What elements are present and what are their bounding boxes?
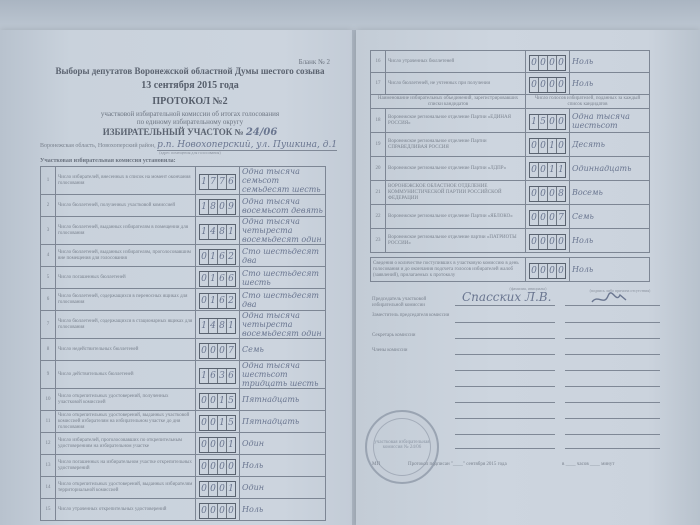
digit: 6 bbox=[227, 175, 235, 189]
row-label: Число погашенных бюллетеней bbox=[56, 267, 196, 289]
row-number: 21 bbox=[371, 181, 386, 205]
digit: 0 bbox=[200, 394, 209, 408]
digit: 1 bbox=[557, 163, 565, 177]
digit: 0 bbox=[218, 438, 227, 452]
commission-stamp: участковая избирательная комиссия № 24/0… bbox=[365, 410, 439, 484]
table-row: 6Число бюллетеней, содержащихся в перено… bbox=[41, 289, 326, 311]
row-label: Число утраченных бюллетеней bbox=[386, 51, 526, 73]
digit: 0 bbox=[557, 115, 565, 129]
stamp-text: участковая избирательная комиссия № 24/0… bbox=[367, 440, 437, 450]
table-row: 7Число бюллетеней, содержащихся в стацио… bbox=[41, 311, 326, 339]
complaints-words: Ноль bbox=[570, 258, 650, 282]
row-label: ВОРОНЕЖСКОЕ ОБЛАСТНОЕ ОТДЕЛЕНИЕ КОММУНИС… bbox=[386, 181, 526, 205]
digit: 2 bbox=[227, 250, 235, 264]
protocol-subtitle-1: участковой избирательной комиссии об ито… bbox=[40, 110, 340, 118]
digit: 0 bbox=[209, 416, 218, 430]
signature-line bbox=[565, 354, 660, 355]
digit: 1 bbox=[530, 115, 539, 129]
digit: 0 bbox=[200, 272, 209, 286]
signature-line bbox=[565, 370, 660, 371]
signature-line bbox=[565, 322, 660, 323]
row-number: 6 bbox=[41, 289, 56, 311]
precinct-label: ИЗБИРАТЕЛЬНЫЙ УЧАСТОК № bbox=[103, 127, 244, 137]
party-header-col1: Наименование избирательных объединений, … bbox=[371, 95, 526, 109]
digit-box: 0007 bbox=[199, 343, 236, 359]
row-words: Пятнадцать bbox=[240, 389, 326, 411]
table-row: 1Число избирателей, внесенных в список н… bbox=[41, 167, 326, 195]
table-row: 10Число открепительных удостоверений, по… bbox=[41, 389, 326, 411]
row-label: Число недействительных бюллетеней bbox=[56, 339, 196, 361]
table-row: 3Число бюллетеней, выданных избирателям … bbox=[41, 217, 326, 245]
table-row: 9Число действительных бюллетеней1636Одна… bbox=[41, 361, 326, 389]
signature-line bbox=[455, 305, 555, 306]
digit-box: 0162 bbox=[199, 293, 236, 309]
digit: 0 bbox=[530, 187, 539, 201]
digit: 0 bbox=[530, 235, 539, 249]
row-words: Семь bbox=[570, 205, 650, 229]
digit: 0 bbox=[200, 482, 209, 496]
row-words: Один bbox=[240, 477, 326, 499]
digit: 0 bbox=[539, 235, 548, 249]
row-number: 10 bbox=[41, 389, 56, 411]
digit: 8 bbox=[218, 319, 227, 333]
signature-line bbox=[455, 338, 555, 339]
row-label: Число избирателей, проголосовавших по от… bbox=[56, 433, 196, 455]
row-words: Одна тысяча семьсот семьдесят шесть bbox=[240, 167, 326, 195]
row-number: 11 bbox=[41, 411, 56, 433]
digit-box: 1500 bbox=[529, 114, 566, 130]
digit: 0 bbox=[530, 264, 539, 278]
digit-box: 0166 bbox=[199, 271, 236, 287]
digit: 5 bbox=[227, 394, 235, 408]
digit: 0 bbox=[209, 504, 218, 518]
signature-line bbox=[565, 338, 660, 339]
digit: 1 bbox=[548, 163, 557, 177]
digit: 0 bbox=[557, 56, 565, 70]
digit: 1 bbox=[209, 294, 218, 308]
digit-box: 0000 bbox=[529, 77, 566, 93]
digit-box: 0000 bbox=[529, 263, 566, 279]
digit: 0 bbox=[218, 460, 227, 474]
table-row: 21ВОРОНЕЖСКОЕ ОБЛАСТНОЕ ОТДЕЛЕНИЕ КОММУН… bbox=[371, 181, 650, 205]
signature-line bbox=[455, 370, 555, 371]
address-line: Воронежская область, Новохоперский район… bbox=[40, 140, 340, 150]
table-row: 19Воронежское региональное отделение Пар… bbox=[371, 133, 650, 157]
election-title: Выборы депутатов Воронежской областной Д… bbox=[40, 66, 340, 76]
table-row: 14Число открепительных удостоверений, вы… bbox=[41, 477, 326, 499]
row-words: Ноль bbox=[240, 455, 326, 477]
digit-box: 0000 bbox=[529, 55, 566, 71]
digit: 0 bbox=[557, 78, 565, 92]
table-row: 16Число утраченных бюллетеней0000Ноль bbox=[371, 51, 650, 73]
digit: 0 bbox=[209, 344, 218, 358]
row-number: 20 bbox=[371, 157, 386, 181]
row-words: Сто шестьдесят шесть bbox=[240, 267, 326, 289]
digit: 0 bbox=[557, 264, 565, 278]
digit: 6 bbox=[227, 369, 235, 383]
digit: 0 bbox=[548, 211, 557, 225]
digit: 1 bbox=[227, 319, 235, 333]
digit: 0 bbox=[548, 187, 557, 201]
digit-box: 0011 bbox=[529, 162, 566, 178]
row-label: Число бюллетеней, выданных избирателям, … bbox=[56, 245, 196, 267]
digit-box: 1481 bbox=[199, 224, 236, 240]
digit: 0 bbox=[218, 344, 227, 358]
digit: 0 bbox=[557, 139, 565, 153]
table-row: 22Воронежское региональное отделение Пар… bbox=[371, 205, 650, 229]
row-label: Число бюллетеней, не учтенных при получе… bbox=[386, 73, 526, 95]
row-label: Число бюллетеней, содержащихся в перенос… bbox=[56, 289, 196, 311]
row-label: Воронежское региональное отделение Парти… bbox=[386, 133, 526, 157]
digit: 8 bbox=[557, 187, 565, 201]
table-row: 18Воронежское региональное отделение Пар… bbox=[371, 109, 650, 133]
digit: 0 bbox=[530, 211, 539, 225]
deputy-name: Спасских Л.В. bbox=[462, 290, 551, 304]
row-label: Число действительных бюллетеней bbox=[56, 361, 196, 389]
digit: 0 bbox=[530, 163, 539, 177]
row-words: Ноль bbox=[570, 51, 650, 73]
address-prefix: Воронежская область, Новохоперский район… bbox=[40, 143, 156, 149]
row-number: 8 bbox=[41, 339, 56, 361]
signed-date: Протокол подписан "____" сентября 2015 г… bbox=[408, 462, 507, 467]
complaints-row: Сведения о количестве поступивших в учас… bbox=[371, 258, 650, 282]
digit-box: 0162 bbox=[199, 249, 236, 265]
signature-line bbox=[455, 448, 555, 449]
digit: 0 bbox=[209, 438, 218, 452]
digit: 9 bbox=[227, 200, 235, 214]
digit-box: 1776 bbox=[199, 174, 236, 190]
digit: 4 bbox=[209, 319, 218, 333]
digit: 0 bbox=[539, 139, 548, 153]
row-label: Число утраченных открепительных удостове… bbox=[56, 499, 196, 521]
signature-line bbox=[565, 434, 660, 435]
digit-box: 0000 bbox=[199, 503, 236, 519]
row-label: Число бюллетеней, полученных участковой … bbox=[56, 195, 196, 217]
row-words: Сто шестьдесят два bbox=[240, 245, 326, 267]
party-header-col2: Число голосов избирателей, поданных за к… bbox=[526, 95, 650, 109]
row-words: Ноль bbox=[570, 73, 650, 95]
row-label: Число погашенных на избирательном участк… bbox=[56, 455, 196, 477]
row-label: Воронежское региональное отделение Парти… bbox=[386, 109, 526, 133]
digit-box: 0001 bbox=[199, 481, 236, 497]
digit: 0 bbox=[200, 460, 209, 474]
row-label: Число открепительных удостоверений, полу… bbox=[56, 389, 196, 411]
table-row: 4Число бюллетеней, выданных избирателям,… bbox=[41, 245, 326, 267]
row-number: 2 bbox=[41, 195, 56, 217]
row-number: 1 bbox=[41, 167, 56, 195]
signature-line bbox=[565, 402, 660, 403]
sig-secretary-label: Секретарь комиссии bbox=[372, 333, 452, 338]
row-number: 16 bbox=[371, 51, 386, 73]
digit: 0 bbox=[539, 78, 548, 92]
table-row: 20Воронежское региональное отделение Пар… bbox=[371, 157, 650, 181]
digit: 0 bbox=[200, 504, 209, 518]
row-label: Число открепительных удостоверений, выда… bbox=[56, 477, 196, 499]
digit: 1 bbox=[200, 200, 209, 214]
row-words: Сто шестьдесят два bbox=[240, 289, 326, 311]
row-number: 23 bbox=[371, 229, 386, 253]
address-caption: (адрес помещения для голосования) bbox=[60, 150, 320, 155]
table-row: 12Число избирателей, проголосовавших по … bbox=[41, 433, 326, 455]
row-label: Число бюллетеней, содержащихся в стацион… bbox=[56, 311, 196, 339]
sig-members-label: Члены комиссии bbox=[372, 348, 452, 353]
signature-line bbox=[565, 386, 660, 387]
digit: 6 bbox=[227, 272, 235, 286]
row-number: 18 bbox=[371, 109, 386, 133]
digit: 6 bbox=[218, 272, 227, 286]
digit-box: 0010 bbox=[529, 138, 566, 154]
digit: 0 bbox=[548, 264, 557, 278]
table-row: 17Число бюллетеней, не учтенных при полу… bbox=[371, 73, 650, 95]
complaints-label: Сведения о количестве поступивших в учас… bbox=[371, 258, 526, 282]
table-row: 23Воронежское региональное отделение пар… bbox=[371, 229, 650, 253]
digit: 1 bbox=[227, 482, 235, 496]
row-label: Число избирателей, внесенных в список на… bbox=[56, 167, 196, 195]
precinct-number: 24/06 bbox=[246, 127, 277, 138]
digit: 7 bbox=[557, 211, 565, 225]
digit: 1 bbox=[200, 225, 209, 239]
row-number: 4 bbox=[41, 245, 56, 267]
row-label: Воронежское региональное отделение парти… bbox=[386, 229, 526, 253]
digit-box: 1809 bbox=[199, 199, 236, 215]
signature-line bbox=[455, 418, 555, 419]
digit-box: 0007 bbox=[529, 210, 566, 226]
row-words: Восемь bbox=[570, 181, 650, 205]
signature-scribble-icon bbox=[590, 292, 630, 306]
row-words: Ноль bbox=[240, 499, 326, 521]
digit: 0 bbox=[209, 460, 218, 474]
digit: 7 bbox=[209, 175, 218, 189]
table-row: 2Число бюллетеней, полученных участковой… bbox=[41, 195, 326, 217]
digit: 0 bbox=[530, 139, 539, 153]
digit: 4 bbox=[209, 225, 218, 239]
row-number: 19 bbox=[371, 133, 386, 157]
signature-line bbox=[455, 434, 555, 435]
precinct-heading: ИЗБИРАТЕЛЬНЫЙ УЧАСТОК № 24/06 bbox=[40, 127, 340, 138]
digit-box: 1636 bbox=[199, 368, 236, 384]
digit-box: 1481 bbox=[199, 318, 236, 334]
digit: 6 bbox=[218, 250, 227, 264]
digit: 7 bbox=[218, 175, 227, 189]
digit: 0 bbox=[209, 394, 218, 408]
digit: 0 bbox=[209, 482, 218, 496]
results-table-left: 1Число избирателей, внесенных в список н… bbox=[40, 166, 326, 521]
signature-line bbox=[455, 322, 555, 323]
signature-line bbox=[455, 402, 555, 403]
digit: 0 bbox=[539, 163, 548, 177]
digit: 1 bbox=[200, 369, 209, 383]
row-words: Одна тысяча четыреста восемьдесят один bbox=[240, 311, 326, 339]
digit: 1 bbox=[227, 438, 235, 452]
mp-label: МП bbox=[372, 462, 380, 467]
row-words: Десять bbox=[570, 133, 650, 157]
digit: 0 bbox=[548, 78, 557, 92]
row-number: 13 bbox=[41, 455, 56, 477]
row-number: 9 bbox=[41, 361, 56, 389]
digit: 1 bbox=[227, 225, 235, 239]
signature-line bbox=[455, 386, 555, 387]
digit: 0 bbox=[539, 211, 548, 225]
digit: 6 bbox=[218, 294, 227, 308]
protocol-subtitle-2: по единому избирательному округу bbox=[40, 118, 340, 126]
digit: 1 bbox=[548, 139, 557, 153]
digit: 1 bbox=[218, 394, 227, 408]
digit: 1 bbox=[200, 319, 209, 333]
digit-box: 0015 bbox=[199, 415, 236, 431]
digit: 0 bbox=[218, 482, 227, 496]
commission-established: Участковая избирательная комиссия устано… bbox=[40, 158, 176, 164]
row-number: 3 bbox=[41, 217, 56, 245]
digit: 0 bbox=[548, 235, 557, 249]
digit: 0 bbox=[218, 200, 227, 214]
row-label: Число открепительных удостоверений, выда… bbox=[56, 411, 196, 433]
row-label: Воронежское региональное отделение Парти… bbox=[386, 205, 526, 229]
signature-line bbox=[565, 448, 660, 449]
digit: 0 bbox=[557, 235, 565, 249]
digit: 1 bbox=[200, 175, 209, 189]
sig-deputy-label: Заместитель председателя комиссии bbox=[372, 313, 452, 319]
digit-box: 0000 bbox=[199, 459, 236, 475]
digit: 0 bbox=[200, 438, 209, 452]
digit: 1 bbox=[218, 416, 227, 430]
digit: 2 bbox=[227, 294, 235, 308]
table-row: 15Число утраченных открепительных удосто… bbox=[41, 499, 326, 521]
row-number: 22 bbox=[371, 205, 386, 229]
row-words: Одна тысяча четыреста восемьдесят один bbox=[240, 217, 326, 245]
digit: 0 bbox=[539, 56, 548, 70]
row-words: Одна тысяча восемьсот девять bbox=[240, 195, 326, 217]
digit: 0 bbox=[227, 504, 235, 518]
row-number: 17 bbox=[371, 73, 386, 95]
row-words: Одна тысяча шестьсот тридцать шесть bbox=[240, 361, 326, 389]
digit: 1 bbox=[209, 272, 218, 286]
table-row: 8Число недействительных бюллетеней0007Се… bbox=[41, 339, 326, 361]
digit: 0 bbox=[200, 294, 209, 308]
digit-box: 0008 bbox=[529, 186, 566, 202]
sheet-label: Бланк № 2 bbox=[250, 58, 330, 66]
row-label: Воронежское региональное отделение Парти… bbox=[386, 157, 526, 181]
background-top bbox=[0, 0, 700, 30]
digit-box: 0015 bbox=[199, 393, 236, 409]
results-table-right: 16Число утраченных бюллетеней0000Ноль17Ч… bbox=[370, 50, 650, 282]
table-row: 13Число погашенных на избирательном учас… bbox=[41, 455, 326, 477]
election-date: 13 сентября 2015 года bbox=[40, 80, 340, 91]
row-number: 12 bbox=[41, 433, 56, 455]
digit-box: 0001 bbox=[199, 437, 236, 453]
row-words: Одна тысяча шестьсот bbox=[570, 109, 650, 133]
digit: 0 bbox=[200, 250, 209, 264]
sig-chair-label: Председатель участковой избирательной ко… bbox=[372, 297, 452, 309]
digit: 0 bbox=[530, 78, 539, 92]
digit: 5 bbox=[227, 416, 235, 430]
digit: 0 bbox=[548, 115, 557, 129]
table-row: 5Число погашенных бюллетеней0166Сто шест… bbox=[41, 267, 326, 289]
digit: 0 bbox=[200, 416, 209, 430]
signature-mark bbox=[590, 292, 630, 304]
digit: 0 bbox=[539, 187, 548, 201]
row-number: 15 bbox=[41, 499, 56, 521]
signature-line bbox=[565, 418, 660, 419]
digit: 0 bbox=[548, 56, 557, 70]
digit: 7 bbox=[227, 344, 235, 358]
digit: 0 bbox=[218, 504, 227, 518]
party-header-row: Наименование избирательных объединений, … bbox=[371, 95, 650, 109]
row-label: Число бюллетеней, выданных избирателям в… bbox=[56, 217, 196, 245]
digit: 5 bbox=[539, 115, 548, 129]
row-words: Пятнадцать bbox=[240, 411, 326, 433]
protocol-title: ПРОТОКОЛ №2 bbox=[40, 96, 340, 107]
digit: 3 bbox=[218, 369, 227, 383]
signature-line bbox=[565, 305, 660, 306]
row-words: Один bbox=[240, 433, 326, 455]
digit: 0 bbox=[200, 344, 209, 358]
digit: 0 bbox=[530, 56, 539, 70]
row-number: 5 bbox=[41, 267, 56, 289]
signature-line bbox=[455, 354, 555, 355]
table-row: 11Число открепительных удостоверений, вы… bbox=[41, 411, 326, 433]
digit: 0 bbox=[227, 460, 235, 474]
digit: 8 bbox=[209, 200, 218, 214]
row-words: Семь bbox=[240, 339, 326, 361]
row-words: Ноль bbox=[570, 229, 650, 253]
digit: 8 bbox=[218, 225, 227, 239]
digit: 0 bbox=[539, 264, 548, 278]
digit: 1 bbox=[209, 250, 218, 264]
digit: 6 bbox=[209, 369, 218, 383]
row-words: Одиннадцать bbox=[570, 157, 650, 181]
signed-time: в ____ часов ____ минут bbox=[562, 462, 614, 467]
row-number: 14 bbox=[41, 477, 56, 499]
digit-box: 0000 bbox=[529, 234, 566, 250]
row-number: 7 bbox=[41, 311, 56, 339]
